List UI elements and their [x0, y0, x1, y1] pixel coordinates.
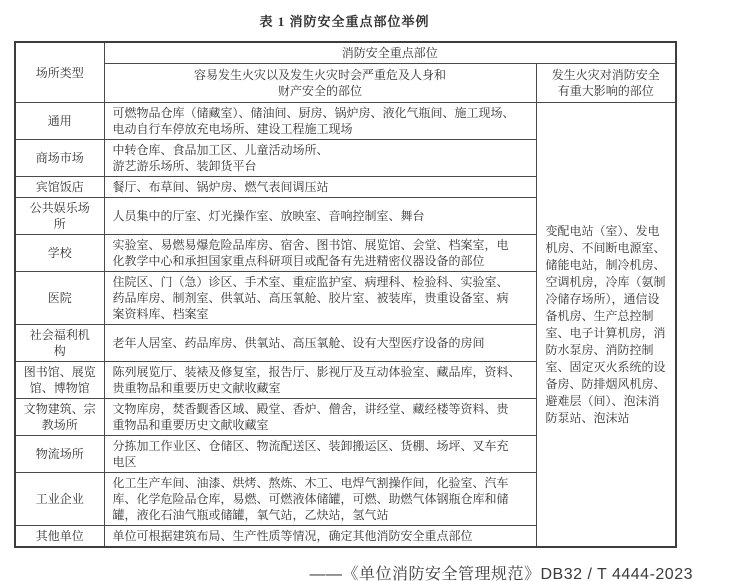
content-cell: 人员集中的厅室、灯光操作室、放映室、音响控制室、舞台	[104, 198, 536, 235]
header-key-areas: 消防安全重点部位	[104, 42, 676, 64]
venue-type-cell: 商场市场	[15, 140, 104, 177]
content-cell: 化工生产车间、油漆、烘烤、熬炼、木工、电焊气割操作间，化验室、汽车 库、化学危险…	[104, 473, 536, 526]
document-page: 表 1 消防安全重点部位举例 场所类型 消防安全重点部位 容易发生火灾以及发生火…	[0, 0, 747, 581]
content-cell: 文物库房，焚香觐香区域、殿堂、香炉、僧舍，讲经堂、藏经楼等资料、贵 重物品和重要…	[104, 399, 536, 436]
fire-safety-key-areas-table: 场所类型 消防安全重点部位 容易发生火灾以及发生火灾时会严重危及人身和 财产安全…	[14, 41, 677, 548]
content-cell: 餐厅、布草间、锅炉房、燃气表间调压站	[104, 177, 536, 198]
content-cell: 可燃物品仓库（储藏室）、储油间、厨房、锅炉房、液化气瓶间、施工现场、 电动自行车…	[104, 103, 536, 140]
venue-type-cell: 文物建筑、宗 教场所	[15, 399, 104, 436]
header-sub-right: 发生火灾对消防安全 有重大影响的部位	[536, 64, 676, 103]
venue-type-cell: 其他单位	[15, 526, 104, 548]
venue-type-cell: 通用	[15, 103, 104, 140]
content-cell: 实验室、易燃易爆危险品库房、宿舍、图书馆、展览馆、会堂、档案室，电 化教学中心和…	[104, 235, 536, 272]
venue-type-cell: 物流场所	[15, 436, 104, 473]
venue-type-cell: 公共娱乐场 所	[15, 198, 104, 235]
content-cell: 住院区、门（急）诊区、手术室、重症监护室、病理科、检验科、实验室、 药品库房、制…	[104, 272, 536, 325]
source-citation: ——《单位消防安全管理规范》DB32 / T 4444-2023	[0, 561, 693, 581]
venue-type-cell: 社会福利机 构	[15, 325, 104, 362]
venue-type-cell: 图书馆、展览 馆、博物馆	[15, 362, 104, 399]
venue-type-cell: 医院	[15, 272, 104, 325]
content-cell: 中转仓库、食品加工区、儿童活动场所、 游艺游乐场所、装卸货平台	[104, 140, 536, 177]
header-row-1: 场所类型 消防安全重点部位	[15, 42, 676, 64]
table-row-general: 通用 可燃物品仓库（储藏室）、储油间、厨房、锅炉房、液化气瓶间、施工现场、 电动…	[15, 103, 676, 140]
header-row-2: 容易发生火灾以及发生火灾时会严重危及人身和 财产安全的部位 发生火灾对消防安全 …	[15, 64, 676, 103]
venue-type-cell: 学校	[15, 235, 104, 272]
header-venue-type: 场所类型	[15, 42, 104, 103]
content-cell: 陈列展览厅、装裱及修复室，报告厅、影视厅及互动体验室、藏品库，资料、 贵重物品和…	[104, 362, 536, 399]
venue-type-cell: 宾馆饭店	[15, 177, 104, 198]
table-title: 表 1 消防安全重点部位举例	[14, 13, 675, 31]
content-cell: 老年人居室、药品库房、供氧站、高压氧舱、设有大型医疗设备的房间	[104, 325, 536, 362]
header-sub-left: 容易发生火灾以及发生火灾时会严重危及人身和 财产安全的部位	[104, 64, 536, 103]
major-impact-areas-cell: 变配电站（室）、发电 机房、不间断电源室、 储能电站，制冷机房、 空调机房，冷库…	[536, 103, 676, 548]
content-cell: 分拣加工作业区、仓储区、物流配送区、装卸搬运区、货棚、场坪、叉车充 电区	[104, 436, 536, 473]
content-cell: 单位可根据建筑布局、生产性质等情况，确定其他消防安全重点部位	[104, 526, 536, 548]
venue-type-cell: 工业企业	[15, 473, 104, 526]
